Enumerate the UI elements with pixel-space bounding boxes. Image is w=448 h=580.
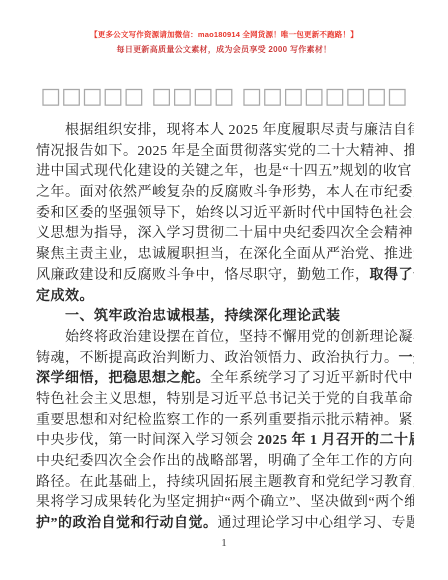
text-line: 定成效。 [36, 287, 414, 308]
text-segment: 委和区委的坚强领导下，始终以习近平新时代中国特色社会主 [36, 206, 414, 221]
text-line: 特色社会主义思想，特别是习近平总书记关于党的自我革命的 [36, 390, 414, 411]
text-line: 委和区委的坚强领导下，始终以习近平新时代中国特色社会主 [36, 204, 414, 225]
text-segment: 通过理论学习中心组学习、专题 [218, 516, 415, 531]
text-line: 进中国式现代化建设的关键之年，也是“十四五”规划的收官 [36, 162, 414, 183]
text-line: 路径。在此基础上，持续巩固拓展主题教育和党纪学习教育成 [36, 473, 414, 494]
text-line: 根据组织安排，现将本人 2025 年度履职尽责与廉洁自律 [36, 121, 414, 142]
text-line: 铸魂，不断提高政治判断力、政治领悟力、政治执行力。一是 [36, 349, 414, 370]
text-segment: 根据组织安排，现将本人 2025 年度履职尽责与廉洁自律 [36, 123, 414, 138]
text-segment: 全年系统学习了习近平新时代中国 [210, 371, 414, 386]
text-segment: 深学细悟，把稳思想之舵。 [36, 371, 210, 386]
text-segment: 取得了一 [370, 268, 415, 283]
ad-text-line2: 每日更新高质量公文素材，成为会员享受 2000 写作素材！ [0, 44, 448, 55]
text-segment: 进中国式现代化建设的关键之年，也是“十四五”规划的收官 [36, 164, 412, 179]
text-line: 深学细悟，把稳思想之舵。全年系统学习了习近平新时代中国 [36, 369, 414, 390]
text-segment: 中央纪委四次全会作出的战略部署，明确了全年工作的方向与 [36, 454, 414, 469]
document-body: 根据组织安排，现将本人 2025 年度履职尽责与廉洁自律情况报告如下。2025 … [36, 121, 414, 535]
text-segment: 定成效。 [36, 289, 94, 304]
text-line: 风廉政建设和反腐败斗争中，恪尽职守，勤勉工作，取得了一 [36, 266, 414, 287]
text-line: 义思想为指导，深入学习贯彻二十届中央纪委四次全会精神， [36, 224, 414, 245]
text-line: 护”的政治自觉和行动自觉。通过理论学习中心组学习、专题 [36, 514, 414, 535]
text-line: 聚焦主责主业，忠诚履职担当，在深化全面从严治党、推进党 [36, 245, 414, 266]
page-number: 1 [0, 537, 448, 549]
text-segment: 一是 [399, 351, 415, 366]
text-segment: 义思想为指导，深入学习贯彻二十届中央纪委四次全会精神， [36, 226, 414, 241]
text-line: 重要思想和对纪检监察工作的一系列重要指示批示精神。紧跟 [36, 411, 414, 432]
text-line: 果将学习成果转化为坚定拥护“两个确立”、坚决做到“两个维 [36, 493, 414, 514]
text-line: 一、筑牢政治忠诚根基，持续深化理论武装 [36, 307, 414, 328]
text-segment: 护”的政治自觉和行动自觉。 [36, 516, 218, 531]
text-line: 情况报告如下。2025 年是全面贯彻落实党的二十大精神、推 [36, 142, 414, 163]
text-segment: 铸魂，不断提高政治判断力、政治领悟力、政治执行力。 [36, 351, 399, 366]
redacted-title-boxes: □□□□□ □□□□ □□□□□□□□ [0, 83, 448, 110]
text-segment: 一、筑牢政治忠诚根基，持续深化理论武装 [36, 309, 341, 324]
ad-banner: 【更多公文写作资源请加微信：mao180914 全网货源！唯一包更新不跑路！】 … [0, 29, 448, 55]
text-segment: 果将学习成果转化为坚定拥护“两个确立”、坚决做到“两个维 [36, 495, 414, 510]
text-segment: 始终将政治建设摆在首位，坚持不懈用党的创新理论凝心 [36, 330, 414, 345]
document-page: 【更多公文写作资源请加微信：mao180914 全网货源！唯一包更新不跑路！】 … [0, 0, 448, 580]
text-segment: 风廉政建设和反腐败斗争中，恪尽职守，勤勉工作， [36, 268, 370, 283]
ad-text-line1: 【更多公文写作资源请加微信：mao180914 全网货源！唯一包更新不跑路！】 [0, 29, 448, 40]
text-line: 中央步伐，第一时间深入学习领会 2025 年 1 月召开的二十届 [36, 431, 414, 452]
text-line: 中央纪委四次全会作出的战略部署，明确了全年工作的方向与 [36, 452, 414, 473]
text-line: 始终将政治建设摆在首位，坚持不懈用党的创新理论凝心 [36, 328, 414, 349]
text-segment: 之年。面对依然严峻复杂的反腐败斗争形势，本人在市纪委监 [36, 185, 414, 200]
text-segment: 重要思想和对纪检监察工作的一系列重要指示批示精神。紧跟 [36, 413, 414, 428]
text-line: 之年。面对依然严峻复杂的反腐败斗争形势，本人在市纪委监 [36, 183, 414, 204]
text-segment: 路径。在此基础上，持续巩固拓展主题教育和党纪学习教育成 [36, 475, 414, 490]
text-segment: 2025 年 1 月召开的二十届 [258, 433, 415, 448]
text-segment: 中央步伐，第一时间深入学习领会 [36, 433, 258, 448]
text-segment: 特色社会主义思想，特别是习近平总书记关于党的自我革命的 [36, 392, 414, 407]
text-segment: 情况报告如下。2025 年是全面贯彻落实党的二十大精神、推 [36, 144, 414, 159]
text-segment: 聚焦主责主业，忠诚履职担当，在深化全面从严治党、推进党 [36, 247, 414, 262]
